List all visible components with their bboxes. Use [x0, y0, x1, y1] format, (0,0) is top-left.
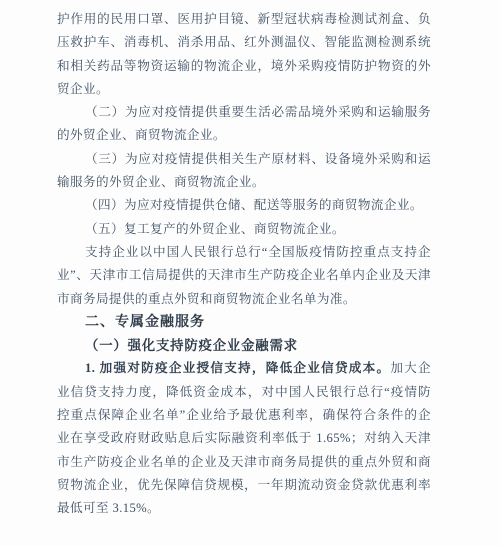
body-line: 市商务局提供的重点外贸和商贸物流企业名单为准。 — [57, 288, 431, 311]
numbered-item-1: 1. 加强对防疫企业授信支持，降低企业信贷成本。加大企 — [57, 357, 431, 380]
numbered-item-lead: 1. 加强对防疫企业授信支持，降低企业信贷成本。 — [85, 361, 390, 375]
numbered-item-rest: 加大企 — [390, 361, 431, 375]
subsection-heading: （一）强化支持防疫企业金融需求 — [57, 334, 431, 357]
body-line: 护作用的民用口罩、医用护目镜、新型冠状病毒检测试剂盒、负 — [57, 8, 431, 31]
body-line: 贸企业。 — [57, 78, 431, 101]
body-line: 控重点保障企业名单”企业给予最优惠利率，确保符合条件的企 — [57, 404, 431, 427]
list-item-3: （三）为应对疫情提供相关生产原材料、设备境外采购和运 — [57, 148, 431, 171]
document-text-block: 护作用的民用口罩、医用护目镜、新型冠状病毒检测试剂盒、负 压救护车、消毒机、消杀… — [57, 8, 431, 521]
body-line: 市生产防疫企业名单的企业及天津市商务局提供的重点外贸和商 — [57, 451, 431, 474]
document-page: 护作用的民用口罩、医用护目镜、新型冠状病毒检测试剂盒、负 压救护车、消毒机、消杀… — [0, 0, 500, 546]
body-line: 贸物流企业，优先保障信贷规模，一年期流动资金贷款优惠利率 — [57, 474, 431, 497]
body-line: 业信贷支持力度，降低资金成本，对中国人民银行总行“疫情防 — [57, 381, 431, 404]
body-line: 压救护车、消毒机、消杀用品、红外测温仪、智能监测检测系统 — [57, 31, 431, 54]
body-line: 的外贸企业、商贸物流企业。 — [57, 124, 431, 147]
body-line: 和相关药品等物资运输的物流企业，境外采购疫情防护物资的外 — [57, 55, 431, 78]
body-line: 最低可至 3.15%。 — [57, 497, 431, 520]
body-line: 业”、天津市工信局提供的天津市生产防疫企业名单内企业及天津 — [57, 264, 431, 287]
section-heading: 二、专属金融服务 — [57, 311, 431, 334]
body-line: 支持企业以中国人民银行总行“全国版疫情防控重点支持企 — [57, 241, 431, 264]
list-item-2: （二）为应对疫情提供重要生活必需品境外采购和运输服务 — [57, 101, 431, 124]
list-item-4: （四）为应对疫情提供仓储、配送等服务的商贸物流企业。 — [57, 194, 431, 217]
body-line: 业在享受政府财政贴息后实际融资利率低于 1.65%；对纳入天津 — [57, 427, 431, 450]
list-item-5: （五）复工复产的外贸企业、商贸物流企业。 — [57, 218, 431, 241]
body-line: 输服务的外贸企业、商贸物流企业。 — [57, 171, 431, 194]
